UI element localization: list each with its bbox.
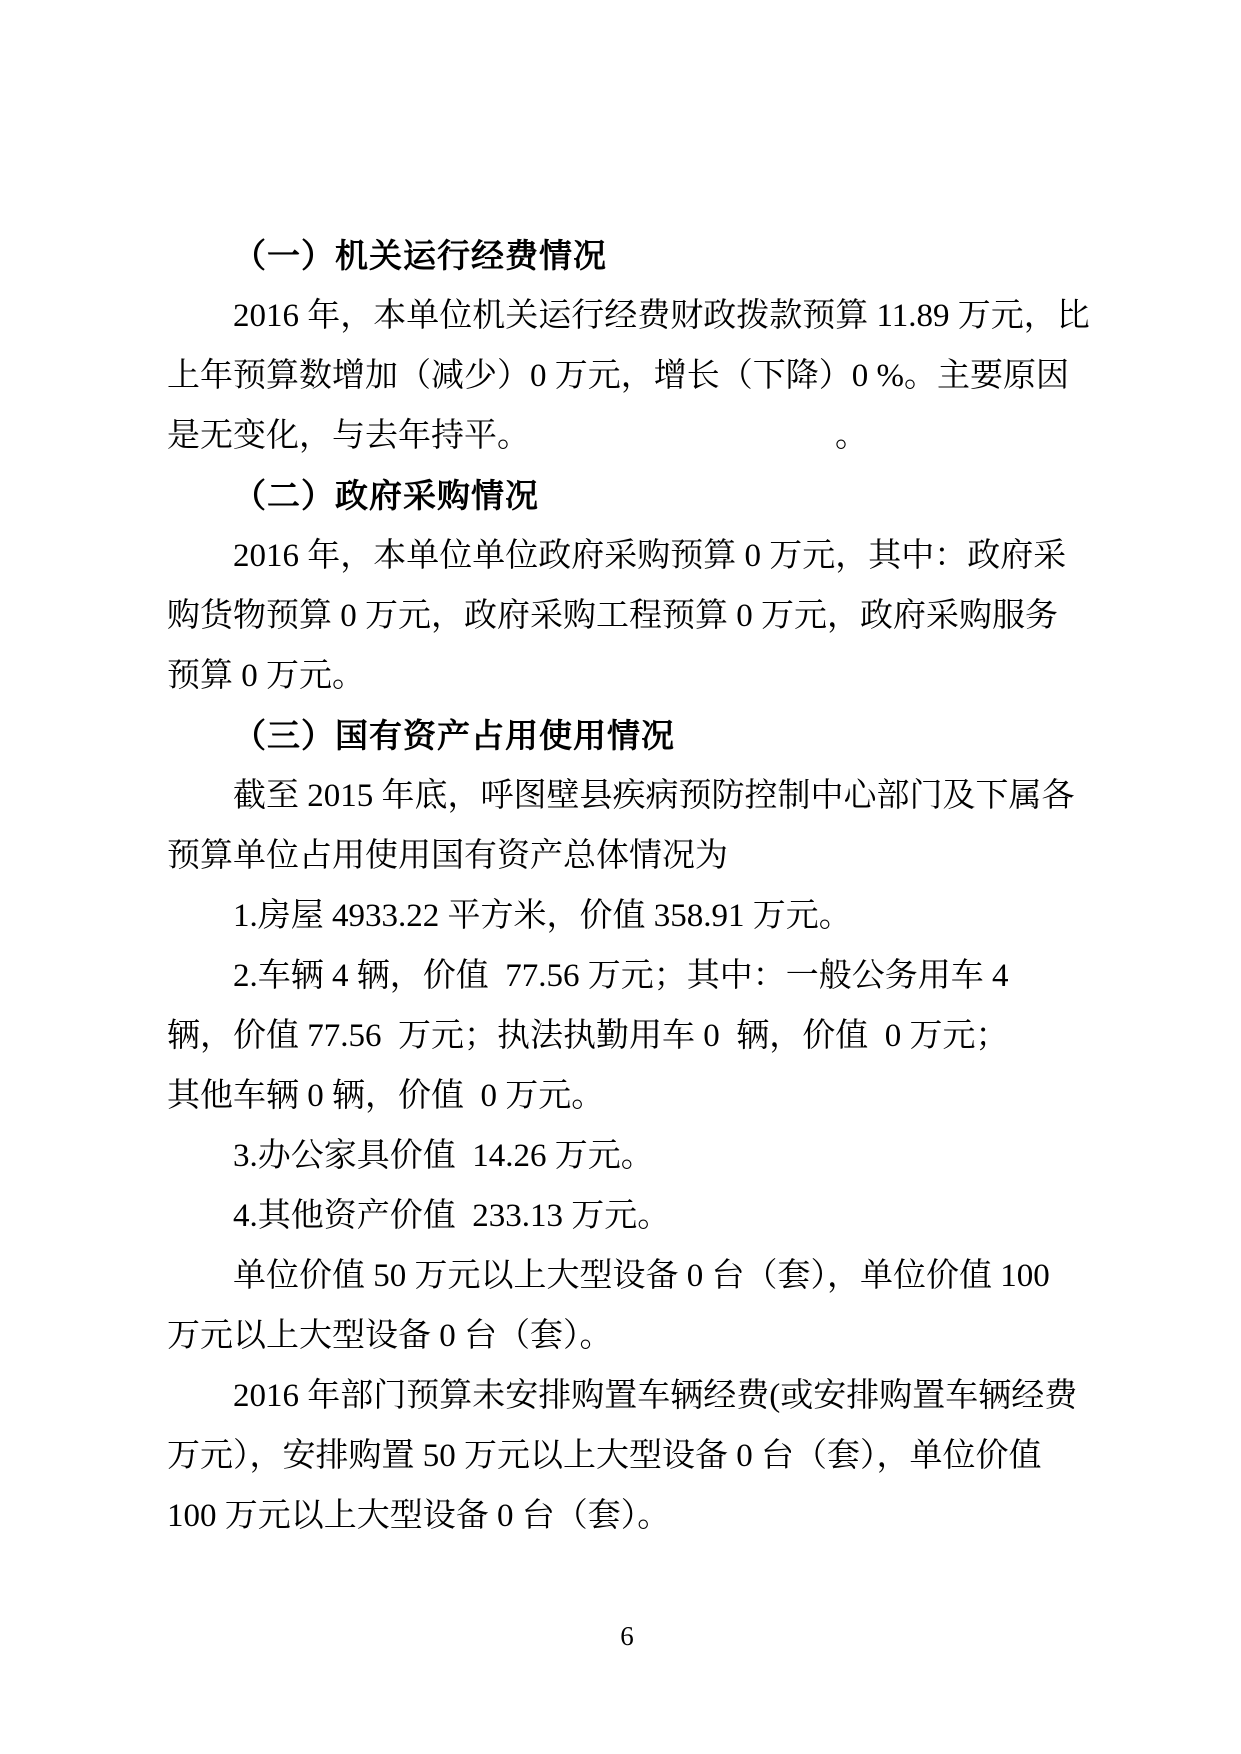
line-text: 2016 年，本单位机关运行经费财政拨款预算 11.89 万元，比 bbox=[233, 298, 1090, 334]
line-text: 购货物预算 0 万元，政府采购工程预算 0 万元，政府采购服务 bbox=[167, 598, 1058, 634]
text-line: 单位价值 50 万元以上大型设备 0 台（套），单位价值 100 bbox=[167, 1246, 1087, 1306]
text-line: 3.办公家具价值 14.26 万元。 bbox=[167, 1126, 1087, 1186]
text-line: 截至 2015 年底，呼图壁县疾病预防控制中心部门及下属各 bbox=[167, 766, 1087, 826]
text-line: 预算单位占用使用国有资产总体情况为 bbox=[167, 826, 1087, 886]
line-text: 万元以上大型设备 0 台（套）。 bbox=[167, 1318, 613, 1354]
line-text: 万元），安排购置 50 万元以上大型设备 0 台（套），单位价值 bbox=[167, 1438, 1042, 1474]
section-3-heading: （三）国有资产占用使用情况 bbox=[167, 706, 1087, 766]
text-line: 100 万元以上大型设备 0 台（套）。 bbox=[167, 1486, 1087, 1546]
line-text: 3.办公家具价值 14.26 万元。 bbox=[233, 1138, 654, 1174]
line-text: （一）机关运行经费情况 bbox=[233, 237, 607, 274]
text-line: 2.车辆 4 辆，价值 77.56 万元；其中：一般公务用车 4 bbox=[167, 946, 1087, 1006]
line-text: 2.车辆 4 辆，价值 77.56 万元；其中：一般公务用车 4 bbox=[233, 958, 1009, 994]
line-text: （三）国有资产占用使用情况 bbox=[233, 717, 675, 754]
document-body: （一）机关运行经费情况2016 年，本单位机关运行经费财政拨款预算 11.89 … bbox=[167, 226, 1087, 1546]
section-2-heading: （二）政府采购情况 bbox=[167, 466, 1087, 526]
text-line: 其他车辆 0 辆，价值 0 万元。 bbox=[167, 1066, 1087, 1126]
text-line: 预算 0 万元。 bbox=[167, 646, 1087, 706]
page-number: 6 bbox=[620, 1621, 634, 1651]
text-line: 4.其他资产价值 233.13 万元。 bbox=[167, 1186, 1087, 1246]
line-text: 是无变化，与去年持平。 bbox=[167, 418, 530, 454]
text-line: 2016 年，本单位单位政府采购预算 0 万元，其中：政府采 bbox=[167, 526, 1087, 586]
text-line: 是无变化，与去年持平。。 bbox=[167, 406, 1087, 466]
text-line: 上年预算数增加（减少）0 万元，增长（下降）0 %。主要原因 bbox=[167, 346, 1087, 406]
line-text: 100 万元以上大型设备 0 台（套）。 bbox=[167, 1498, 670, 1534]
line-text: 2016 年，本单位单位政府采购预算 0 万元，其中：政府采 bbox=[233, 538, 1066, 574]
line-text: 预算 0 万元。 bbox=[167, 658, 365, 694]
line-text: 其他车辆 0 辆，价值 0 万元。 bbox=[167, 1078, 604, 1114]
line-text: 2016 年部门预算未安排购置车辆经费(或安排购置车辆经费 bbox=[233, 1378, 1077, 1414]
text-line: 2016 年，本单位机关运行经费财政拨款预算 11.89 万元，比 bbox=[167, 286, 1087, 346]
line-text: 4.其他资产价值 233.13 万元。 bbox=[233, 1198, 670, 1234]
section-1-heading: （一）机关运行经费情况 bbox=[167, 226, 1087, 286]
line-text: 预算单位占用使用国有资产总体情况为 bbox=[167, 838, 728, 874]
text-line: 购货物预算 0 万元，政府采购工程预算 0 万元，政府采购服务 bbox=[167, 586, 1087, 646]
line-text: 辆，价值 77.56 万元；执法执勤用车 0 辆，价值 0 万元； bbox=[167, 1018, 1009, 1054]
text-line: 万元以上大型设备 0 台（套）。 bbox=[167, 1306, 1087, 1366]
line-text: 截至 2015 年底，呼图壁县疾病预防控制中心部门及下属各 bbox=[233, 778, 1075, 814]
text-line: 辆，价值 77.56 万元；执法执勤用车 0 辆，价值 0 万元； bbox=[167, 1006, 1087, 1066]
page: （一）机关运行经费情况2016 年，本单位机关运行经费财政拨款预算 11.89 … bbox=[0, 0, 1241, 1754]
stray-period: 。 bbox=[835, 406, 868, 466]
line-text: 单位价值 50 万元以上大型设备 0 台（套），单位价值 100 bbox=[233, 1258, 1050, 1294]
line-text: （二）政府采购情况 bbox=[233, 477, 539, 514]
line-text: 上年预算数增加（减少）0 万元，增长（下降）0 %。主要原因 bbox=[167, 358, 1069, 394]
text-line: 万元），安排购置 50 万元以上大型设备 0 台（套），单位价值 bbox=[167, 1426, 1087, 1486]
text-line: 1.房屋 4933.22 平方米，价值 358.91 万元。 bbox=[167, 886, 1087, 946]
text-line: 2016 年部门预算未安排购置车辆经费(或安排购置车辆经费 bbox=[167, 1366, 1087, 1426]
line-text: 1.房屋 4933.22 平方米，价值 358.91 万元。 bbox=[233, 898, 852, 934]
page-footer: 6 bbox=[167, 1616, 1087, 1656]
